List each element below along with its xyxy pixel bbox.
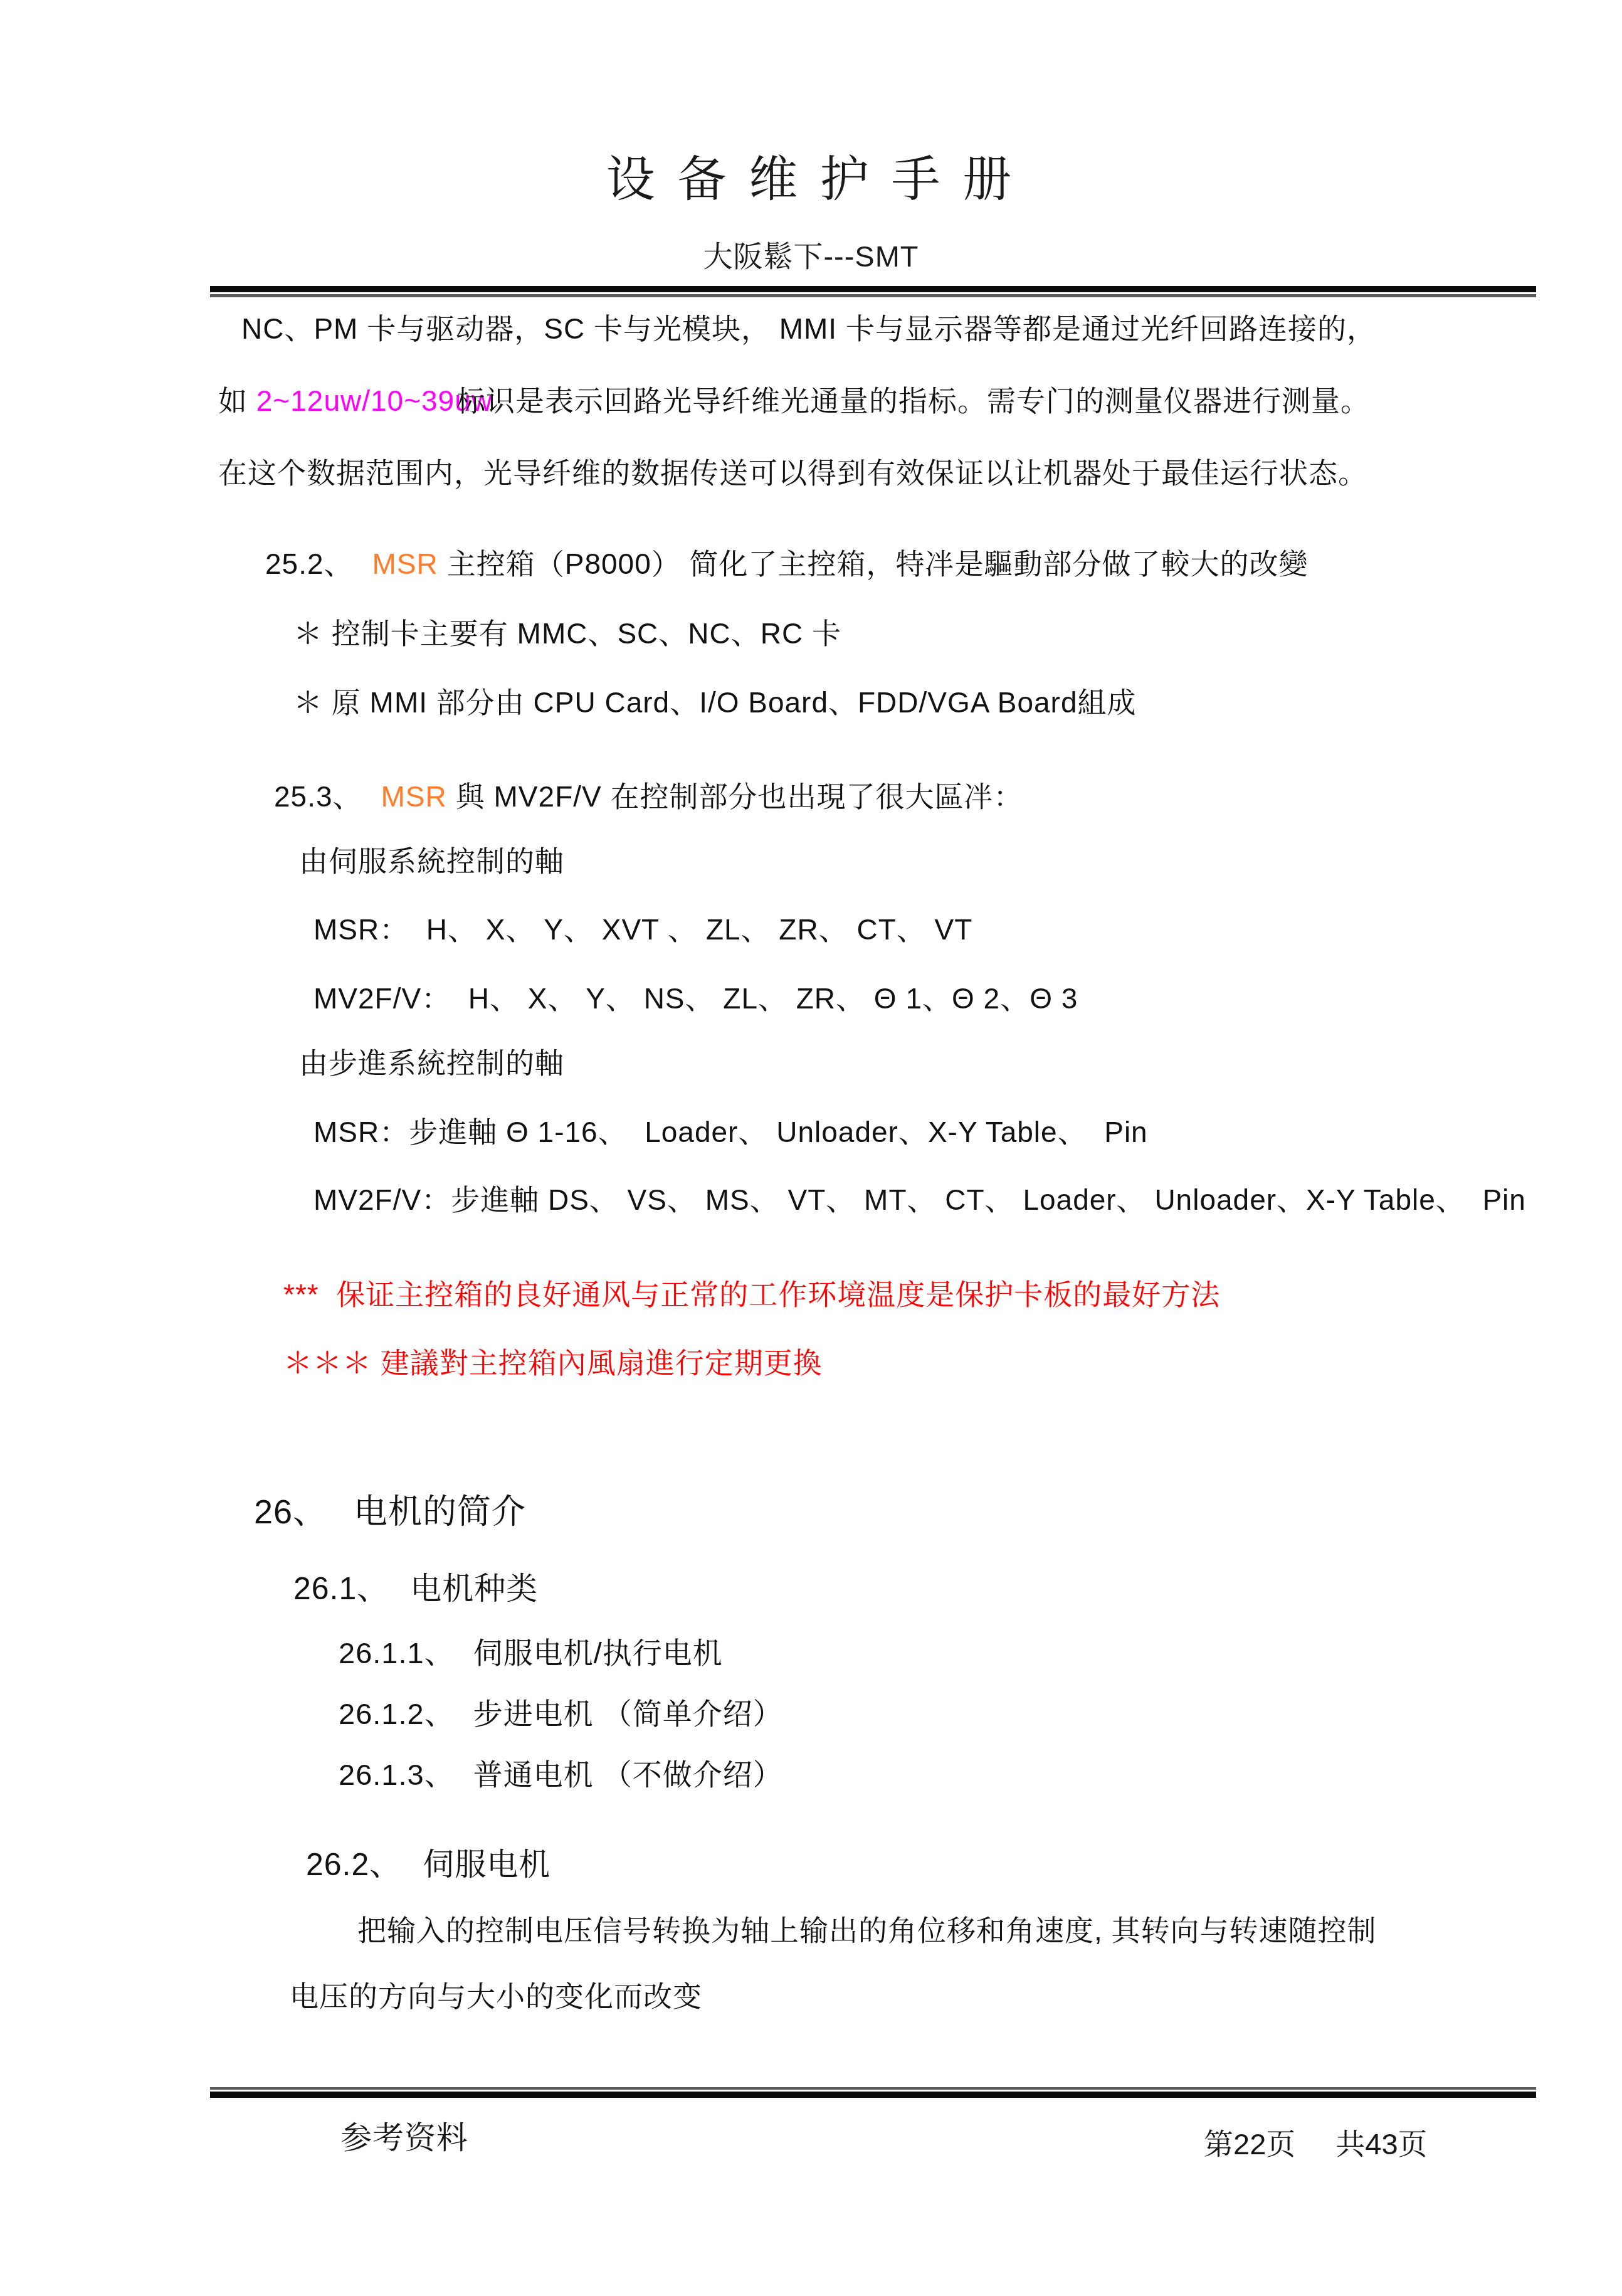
section-26-1-3-text: 普通电机 （不做介绍） — [473, 1758, 783, 1791]
intro-paragraph-line-3: 在这个数据范围内，光导纤维的数据传送可以得到有效保证以让机器处于最佳运行状态。 — [218, 456, 1367, 490]
header-divider-thin-bar — [210, 294, 1536, 297]
page-title: 设 备 维 护 手 册 — [0, 151, 1622, 208]
section-25-3-title: 與 MV2F/V 在控制部分也出現了很大區冸： — [456, 780, 1023, 813]
footer-divider — [210, 2087, 1536, 2098]
footer-page-info: 第22页 共43页 — [1204, 2121, 1428, 2163]
intro-paragraph-line-1: NC、PM 卡与驱动器，SC 卡与光模块， MMI 卡与显示器等都是通过光纤回路… — [241, 312, 1376, 346]
section-25-2-title: 主控箱（P8000） 简化了主控箱，特冸是驅動部分做了較大的改變 — [447, 548, 1309, 580]
section-25-2-bullet-1: ＊ 控制卡主要有 MMC、SC、NC、RC 卡 — [293, 616, 841, 650]
footer-divider-thin-bar — [210, 2087, 1536, 2090]
section-26-heading: 26、电机的简介 — [254, 1493, 526, 1533]
header-divider — [210, 286, 1536, 297]
footer-doc-type: 参考资料 — [340, 2120, 468, 2157]
footer-divider-thick-bar — [210, 2092, 1536, 2098]
intro-line2-prefix: 如 — [218, 384, 256, 417]
section-25-2-heading: 25.2、MSR主控箱（P8000） 简化了主控箱，特冸是驅動部分做了較大的改變 — [265, 547, 1309, 581]
stepper-axes-msr-line: MSR：步進軸 Θ 1-16、 Loader、 Unloader、X-Y Tab… — [313, 1115, 1148, 1149]
section-26-2-title: 伺服电机 — [423, 1847, 550, 1882]
servo-axes-heading: 由伺服系統控制的軸 — [299, 844, 564, 878]
servo-axes-mv2fv-line: MV2F/V： H、 X、 Y、 NS、 ZL、 ZR、 Θ 1、Θ 2、Θ 3 — [313, 981, 1078, 1015]
section-25-2-bullet-2: ＊ 原 MMI 部分由 CPU Card、I/O Board、FDD/VGA B… — [293, 685, 1136, 719]
section-26-2-heading: 26.2、伺服电机 — [306, 1846, 550, 1883]
section-26-title: 电机的简介 — [354, 1493, 526, 1531]
servo-axes-msr-line: MSR： H、 X、 Y、 XVT 、 ZL、 ZR、 CT、 VT — [313, 913, 972, 946]
section-26-1-3-item: 26.1.3、普通电机 （不做介绍） — [339, 1757, 783, 1792]
header-divider-thick-bar — [210, 286, 1536, 292]
intro-line2-rest: 标识是表示回路光导纤维光通量的指标。需专门的测量仪器进行测量。 — [456, 384, 1370, 417]
section-25-3-heading: 25.3、MSR與 MV2F/V 在控制部分也出現了很大區冸： — [274, 780, 1023, 813]
section-26-1-1-text: 伺服电机/执行电机 — [473, 1636, 723, 1669]
section-25-2-number: 25.2、 — [265, 548, 354, 580]
stepper-axes-heading: 由步進系統控制的軸 — [299, 1046, 564, 1080]
section-26-1-2-text: 步进电机 （简单介绍） — [473, 1697, 783, 1730]
section-26-1-1-number: 26.1.1、 — [339, 1636, 455, 1669]
section-26-1-1-item: 26.1.1、伺服电机/执行电机 — [339, 1636, 723, 1670]
servo-motor-paragraph-line-2: 电压的方向与大小的变化而改变 — [290, 1979, 702, 2013]
section-26-2-number: 26.2、 — [306, 1847, 401, 1882]
section-26-number: 26、 — [254, 1493, 327, 1531]
servo-motor-paragraph-line-1: 把输入的控制电压信号转换为轴上输出的角位移和角速度, 其转向与转速随控制 — [357, 1913, 1377, 1947]
page-subtitle: 大阪鬆下---SMT — [0, 239, 1622, 273]
warning-note-2: ＊＊＊ 建議對主控箱內風扇進行定期更換 — [283, 1346, 823, 1380]
section-26-1-2-number: 26.1.2、 — [339, 1697, 455, 1730]
section-26-1-3-number: 26.1.3、 — [339, 1758, 455, 1791]
warning-note-1: *** 保证主控箱的良好通风与正常的工作环境温度是保护卡板的最好方法 — [283, 1278, 1220, 1311]
footer-page-current: 第22页 — [1204, 2121, 1295, 2163]
section-26-1-heading: 26.1、电机种类 — [293, 1570, 538, 1607]
intro-paragraph-line-2: 如 2~12uw/10~39uw标识是表示回路光导纤维光通量的指标。需专门的测量… — [218, 384, 1370, 418]
section-25-3-number: 25.3、 — [274, 780, 362, 813]
section-25-3-keyword-msr: MSR — [381, 780, 447, 813]
section-26-1-title: 电机种类 — [410, 1571, 538, 1606]
footer-page-total: 共43页 — [1335, 2121, 1427, 2163]
section-25-2-keyword-msr: MSR — [372, 548, 438, 580]
section-26-1-number: 26.1、 — [293, 1571, 389, 1606]
stepper-axes-mv2fv-line: MV2F/V：步進軸 DS、 VS、 MS、 VT、 MT、 CT、 Loade… — [313, 1183, 1526, 1217]
section-26-1-2-item: 26.1.2、步进电机 （简单介绍） — [339, 1696, 783, 1731]
document-page: 设 备 维 护 手 册 大阪鬆下---SMT NC、PM 卡与驱动器，SC 卡与… — [0, 0, 1622, 2296]
